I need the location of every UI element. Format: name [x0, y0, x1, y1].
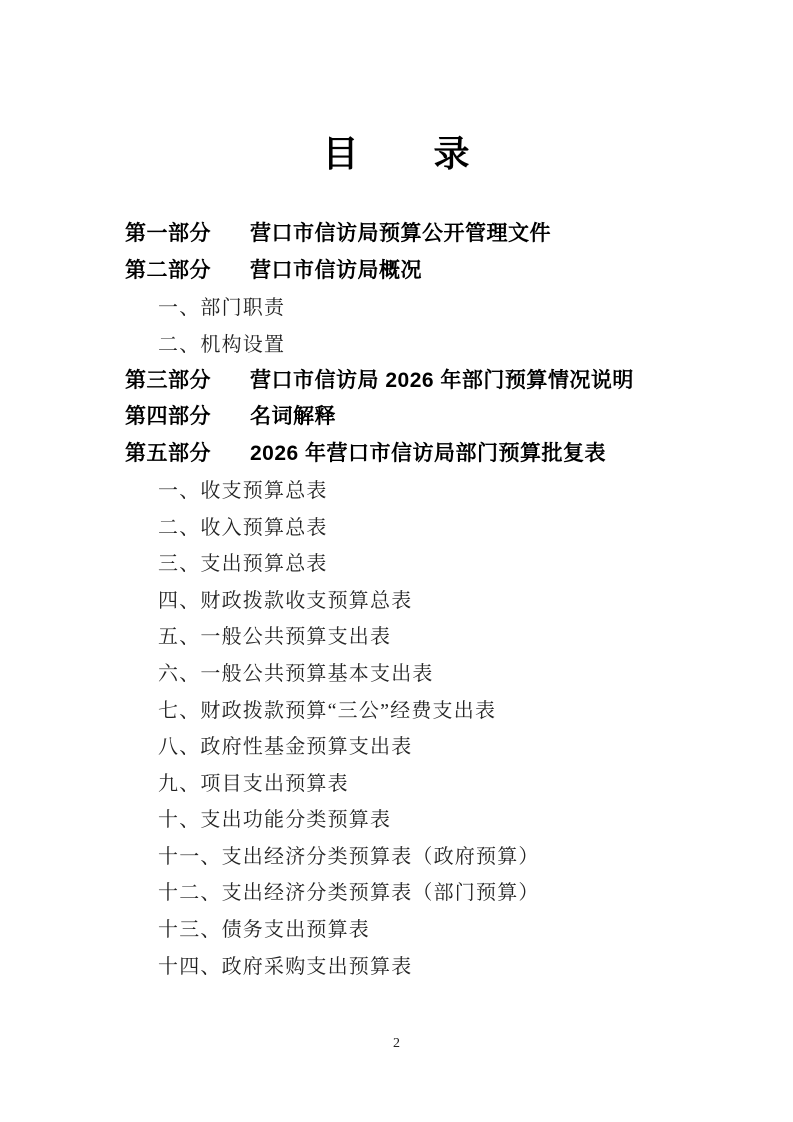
toc-sub-item: 一、收支预算总表 — [0, 470, 793, 507]
toc-part-label: 第四部分 — [125, 400, 250, 430]
toc-part-row: 第二部分营口市信访局概况 — [0, 251, 793, 288]
toc-sub-text: 六、一般公共预算基本支出表 — [158, 657, 434, 686]
toc-sub-text: 一、部门职责 — [158, 291, 285, 320]
toc-sub-item: 二、收入预算总表 — [0, 507, 793, 544]
toc-part-row: 第三部分营口市信访局 2026 年部门预算情况说明 — [0, 360, 793, 397]
toc-sub-item: 十一、支出经济分类预算表（政府预算） — [0, 836, 793, 873]
toc-sub-text: 八、政府性基金预算支出表 — [158, 730, 412, 759]
toc-part-label: 第一部分 — [125, 217, 250, 247]
toc-sub-item: 十、支出功能分类预算表 — [0, 800, 793, 837]
toc-part-label: 第五部分 — [125, 437, 250, 467]
toc-part-title: 营口市信访局 2026 年部门预算情况说明 — [250, 364, 634, 394]
toc-sub-text: 十三、债务支出预算表 — [158, 913, 370, 942]
toc-sub-item: 二、机构设置 — [0, 324, 793, 361]
toc-sub-item: 一、部门职责 — [0, 287, 793, 324]
toc-sub-item: 四、财政拨款收支预算总表 — [0, 580, 793, 617]
toc-part-title: 2026 年营口市信访局部门预算批复表 — [250, 437, 606, 467]
toc-sub-item: 十二、支出经济分类预算表（部门预算） — [0, 873, 793, 910]
toc-sub-item: 十三、债务支出预算表 — [0, 909, 793, 946]
toc-sub-item: 七、财政拨款预算“三公”经费支出表 — [0, 690, 793, 727]
toc-sub-text: 三、支出预算总表 — [158, 547, 328, 576]
toc-sub-item: 九、项目支出预算表 — [0, 763, 793, 800]
toc-part-row: 第五部分2026 年营口市信访局部门预算批复表 — [0, 434, 793, 471]
toc-sub-text: 一、收支预算总表 — [158, 474, 328, 503]
toc-part-title: 名词解释 — [250, 400, 336, 430]
toc-sub-item: 三、支出预算总表 — [0, 543, 793, 580]
toc-sub-text: 十二、支出经济分类预算表（部门预算） — [158, 876, 540, 905]
toc-sub-item: 十四、政府采购支出预算表 — [0, 946, 793, 983]
toc-part-row: 第一部分营口市信访局预算公开管理文件 — [0, 214, 793, 251]
toc-sub-item: 五、一般公共预算支出表 — [0, 617, 793, 654]
page-title: 目 录 — [0, 0, 793, 175]
page-number: 2 — [0, 1036, 793, 1052]
toc-sub-text: 十、支出功能分类预算表 — [158, 803, 391, 832]
toc-part-title: 营口市信访局概况 — [250, 254, 422, 284]
toc-part-title: 营口市信访局预算公开管理文件 — [250, 217, 551, 247]
toc-sub-text: 五、一般公共预算支出表 — [158, 620, 391, 649]
toc-sub-text: 四、财政拨款收支预算总表 — [158, 584, 412, 613]
toc-sub-text: 二、机构设置 — [158, 328, 285, 357]
toc-sub-item: 八、政府性基金预算支出表 — [0, 726, 793, 763]
toc-sub-text: 七、财政拨款预算“三公”经费支出表 — [158, 694, 496, 723]
toc-sub-text: 十四、政府采购支出预算表 — [158, 950, 412, 979]
toc-part-row: 第四部分名词解释 — [0, 397, 793, 434]
toc-sub-text: 二、收入预算总表 — [158, 511, 328, 540]
toc-part-label: 第三部分 — [125, 364, 250, 394]
document-page: 目 录 第一部分营口市信访局预算公开管理文件第二部分营口市信访局概况一、部门职责… — [0, 0, 793, 1122]
table-of-contents: 第一部分营口市信访局预算公开管理文件第二部分营口市信访局概况一、部门职责二、机构… — [0, 214, 793, 982]
toc-sub-text: 九、项目支出预算表 — [158, 767, 349, 796]
toc-sub-text: 十一、支出经济分类预算表（政府预算） — [158, 840, 540, 869]
toc-part-label: 第二部分 — [125, 254, 250, 284]
toc-sub-item: 六、一般公共预算基本支出表 — [0, 653, 793, 690]
